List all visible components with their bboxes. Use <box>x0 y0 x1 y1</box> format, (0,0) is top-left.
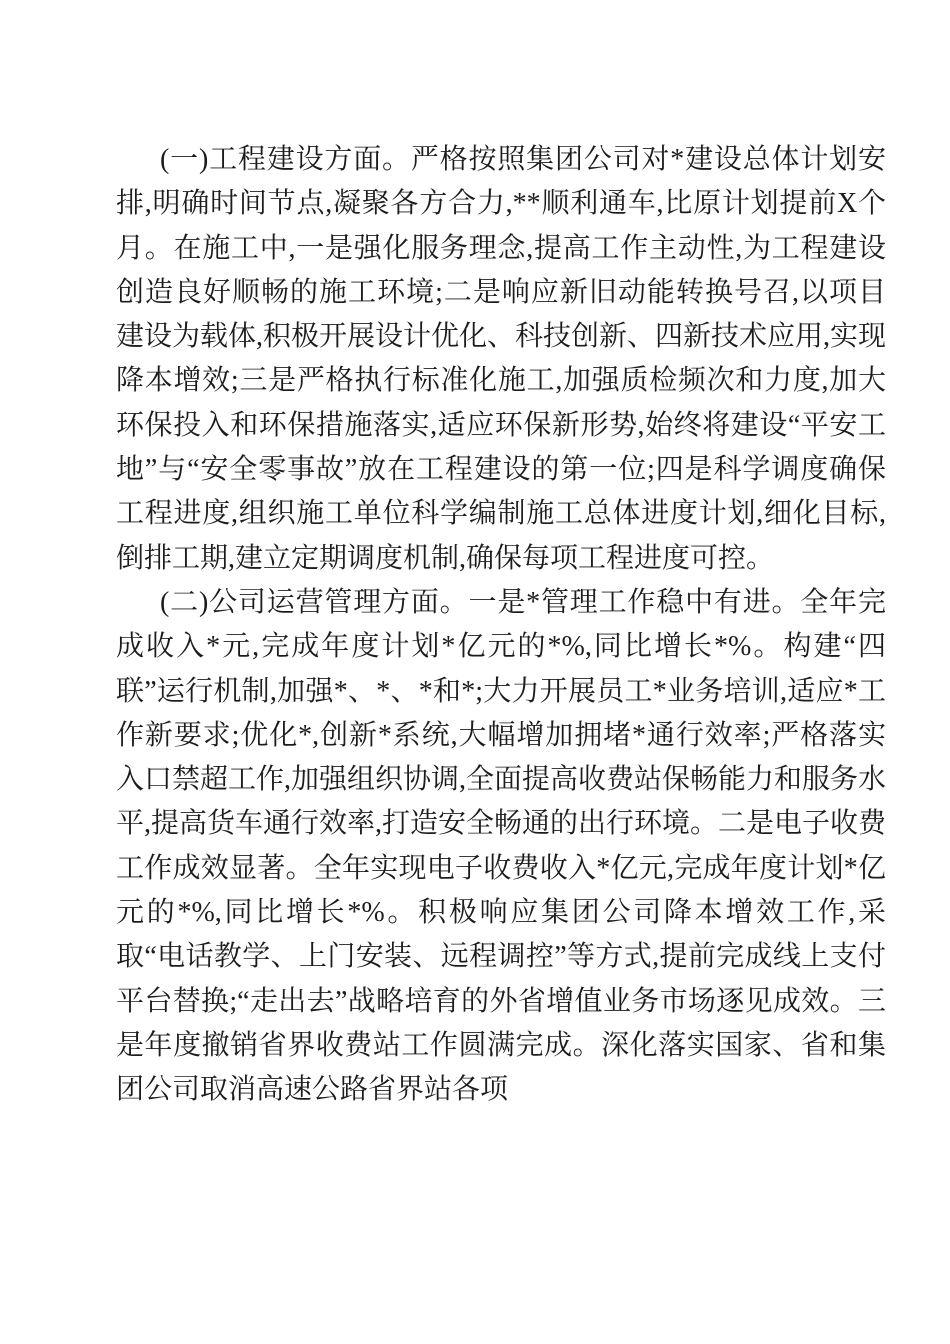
paragraph-1-heading: (一)工程建设方面。 <box>160 144 411 175</box>
paragraph-engineering-construction: (一)工程建设方面。严格按照集团公司对*建设总体计划安排,明确时间节点,凝聚各方… <box>116 138 886 581</box>
paragraph-2-text: 一是*管理工作稳中有进。全年完成收入*元,完成年度计划*亿元的*%,同比增长*%… <box>116 587 886 1105</box>
document-page: (一)工程建设方面。严格按照集团公司对*建设总体计划安排,明确时间节点,凝聚各方… <box>0 0 950 1344</box>
paragraph-1-text: 严格按照集团公司对*建设总体计划安排,明确时间节点,凝聚各方合力,**顺利通车,… <box>116 144 886 574</box>
paragraph-2-heading: (二)公司运营管理方面。 <box>160 587 469 618</box>
document-body: (一)工程建设方面。严格按照集团公司对*建设总体计划安排,明确时间节点,凝聚各方… <box>116 138 886 1113</box>
paragraph-company-operations: (二)公司运营管理方面。一是*管理工作稳中有进。全年完成收入*元,完成年度计划*… <box>116 581 886 1113</box>
